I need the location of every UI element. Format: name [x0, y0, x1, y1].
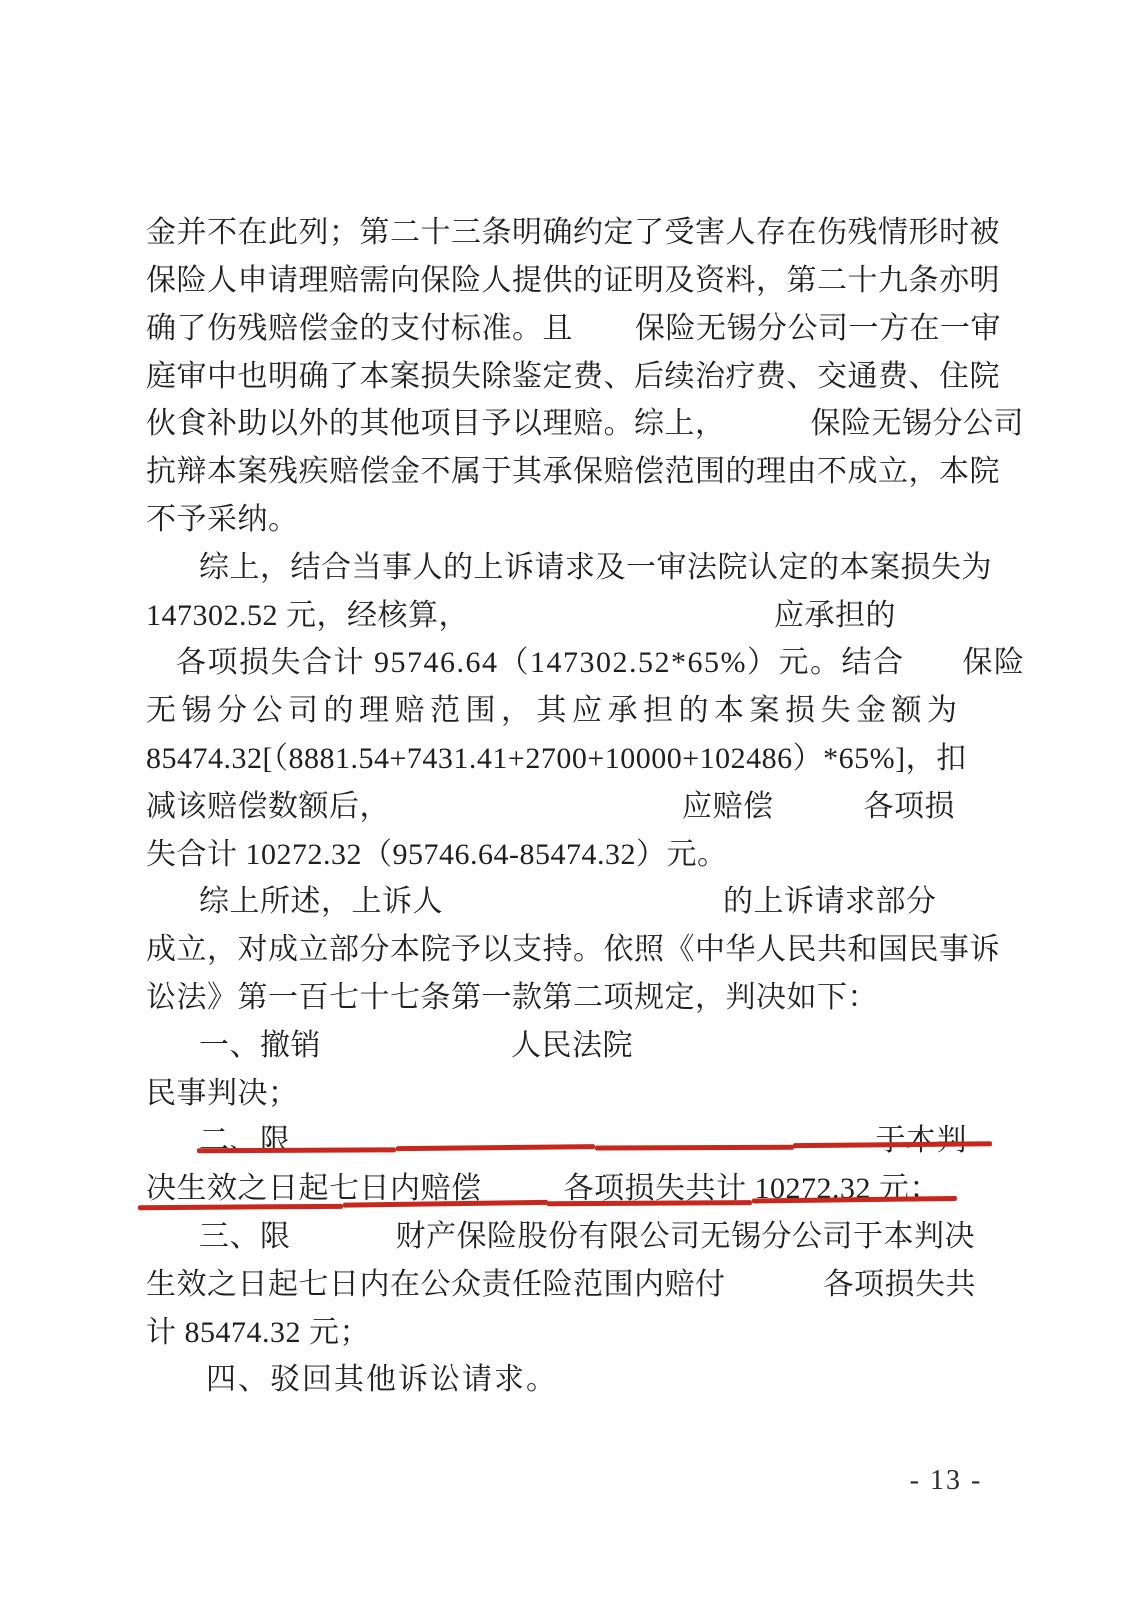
text-run: 二、限 [199, 1117, 291, 1165]
document-line: 一、撤销人民法院 [146, 1020, 991, 1068]
text-run: 保险 [963, 639, 1026, 687]
document-line: 抗辩本案残疾赔偿金不属于其承保赔偿范围的理由不成立，本院 [146, 446, 991, 494]
document-line: 综上，结合当事人的上诉请求及一审法院认定的本案损失为 [146, 542, 991, 590]
redacted-gap [291, 1236, 396, 1237]
document-line: 确了伤残赔偿金的支付标准。且保险无锡分公司一方在一审 [146, 303, 991, 351]
document-line: 伙食补助以外的其他项目予以理赔。综上，保险无锡分公司 [146, 398, 991, 446]
text-run: 民事判决； [146, 1070, 299, 1118]
document-line: 金并不在此列；第二十三条明确约定了受害人存在伤残情形时被 [146, 207, 991, 255]
text-run: 确了伤残赔偿金的支付标准。且 [146, 305, 573, 353]
redacted-gap [482, 1189, 564, 1190]
redacted-gap [905, 663, 963, 664]
text-run: 一、撤销 [199, 1022, 321, 1070]
text-run: 147302.52 元，经核算， [146, 592, 469, 640]
text-run: 各项损 [864, 783, 956, 831]
text-run: 保险人申请理赔需向保险人提供的证明及资料，第二十九条亦明 [146, 257, 1000, 305]
text-run: 综上，结合当事人的上诉请求及一审法院认定的本案损失为 [199, 544, 992, 592]
text-run: 三、限 [199, 1213, 291, 1261]
text-run: 应赔偿 [682, 783, 774, 831]
judgment-text-block: 金并不在此列；第二十三条明确约定了受害人存在伤残情形时被保险人申请理赔需向保险人… [146, 207, 991, 1402]
judgment-page: 金并不在此列；第二十三条明确约定了受害人存在伤残情形时被保险人申请理赔需向保险人… [0, 0, 1131, 1600]
document-line: 减该赔偿数额后，应赔偿各项损 [146, 781, 991, 829]
redacted-gap [573, 328, 635, 329]
text-run: 伙食补助以外的其他项目予以理赔。综上， [146, 400, 726, 448]
redacted-gap [774, 806, 864, 807]
redacted-gap [443, 902, 723, 903]
text-run: 计 85474.32 元； [146, 1309, 370, 1357]
document-line: 各项损失合计 95746.64（147302.52*65%）元。结合保险 [146, 637, 991, 685]
text-run: 各项损失共 [824, 1261, 977, 1309]
document-line: 庭审中也明确了本案损失除鉴定费、后续治疗费、交通费、住院 [146, 350, 991, 398]
document-line: 失合计 10272.32（95746.64-85474.32）元。 [146, 828, 991, 876]
document-line: 三、限财产保险股份有限公司无锡分公司于本判决 [146, 1211, 991, 1259]
redacted-gap [291, 1141, 876, 1142]
text-run: 抗辩本案残疾赔偿金不属于其承保赔偿范围的理由不成立，本院 [146, 448, 1000, 496]
text-run: 财产保险股份有限公司无锡分公司于本判决 [396, 1213, 976, 1261]
text-run: 失合计 10272.32（95746.64-85474.32）元。 [146, 831, 728, 879]
document-line: 保险人申请理赔需向保险人提供的证明及资料，第二十九条亦明 [146, 255, 991, 303]
text-run: 减该赔偿数额后， [146, 783, 390, 831]
document-line: 成立，对成立部分本院予以支持。依照《中华人民共和国民事诉 [146, 924, 991, 972]
text-run: 各项损失合计 95746.64（147302.52*65%）元。结合 [176, 639, 905, 687]
text-run: 生效之日起七日内在公众责任险范围内赔付 [146, 1261, 726, 1309]
text-run: 不予采纳。 [146, 496, 299, 544]
text-run: 保险无锡分公司 [811, 400, 1025, 448]
document-line: 综上所述，上诉人的上诉请求部分 [146, 876, 991, 924]
text-run: 四、驳回其他诉讼请求。 [206, 1356, 558, 1404]
text-run: 人民法院 [511, 1022, 633, 1070]
text-run: 无锡分公司的理赔范围，其应承担的本案损失金额为 [146, 687, 963, 735]
text-run: 的上诉请求部分 [723, 878, 937, 926]
document-line: 四、驳回其他诉讼请求。 [146, 1354, 991, 1402]
text-run: 金并不在此列；第二十三条明确约定了受害人存在伤残情形时被 [146, 209, 1000, 257]
page-number: - 13 - [896, 1465, 996, 1497]
text-run: 85474.32[（8881.54+7431.41+2700+10000+102… [146, 735, 967, 783]
redacted-gap [390, 806, 682, 807]
text-run: 综上所述，上诉人 [199, 878, 443, 926]
document-line: 85474.32[（8881.54+7431.41+2700+10000+102… [146, 733, 991, 781]
redacted-gap [726, 424, 811, 425]
text-run: 应承担的 [774, 592, 896, 640]
text-run: 讼法》第一百七十七条第一款第二项规定，判决如下： [146, 974, 878, 1022]
text-run: 庭审中也明确了本案损失除鉴定费、后续治疗费、交通费、住院 [146, 353, 1000, 401]
document-line: 无锡分公司的理赔范围，其应承担的本案损失金额为 [146, 685, 991, 733]
document-line: 计 85474.32 元； [146, 1306, 991, 1354]
document-line: 讼法》第一百七十七条第一款第二项规定，判决如下： [146, 972, 991, 1020]
document-line: 不予采纳。 [146, 494, 991, 542]
document-line: 生效之日起七日内在公众责任险范围内赔付各项损失共 [146, 1259, 991, 1307]
redacted-gap [726, 1284, 824, 1285]
text-run: 成立，对成立部分本院予以支持。依照《中华人民共和国民事诉 [146, 926, 1000, 974]
document-line: 民事判决； [146, 1067, 991, 1115]
document-line: 147302.52 元，经核算，应承担的 [146, 589, 991, 637]
document-line: 二、限于本判 [146, 1115, 991, 1163]
text-run: 保险无锡分公司一方在一审 [635, 305, 1001, 353]
redacted-gap [321, 1045, 511, 1046]
redacted-gap [469, 615, 774, 616]
